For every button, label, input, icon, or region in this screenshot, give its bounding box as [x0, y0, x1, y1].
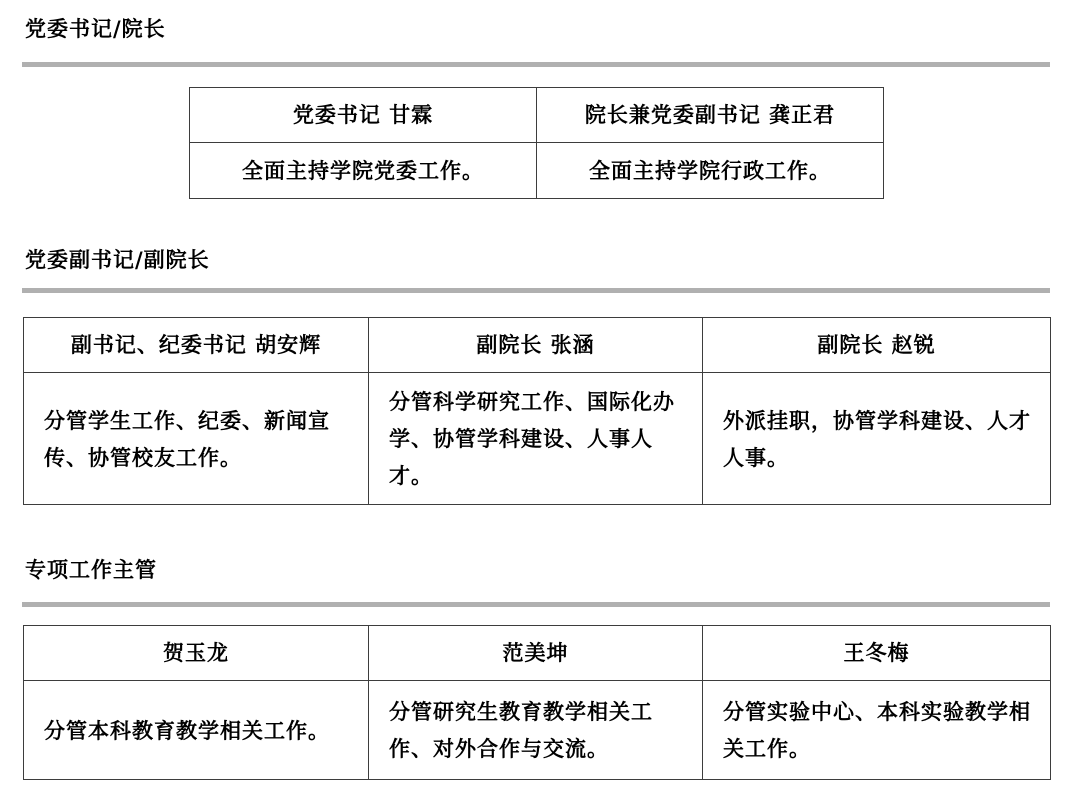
table-header-row: 副书记、纪委书记 胡安辉 副院长 张涵 副院长 赵锐	[24, 318, 1051, 373]
duty-cell: 全面主持学院党委工作。	[190, 143, 537, 199]
duty-cell: 全面主持学院行政工作。	[537, 143, 884, 199]
duty-cell: 分管学生工作、纪委、新闻宣传、协管校友工作。	[24, 373, 369, 505]
section-heading-secretary-dean: 党委书记/院长	[25, 13, 166, 43]
table-header-row: 贺玉龙 范美坤 王冬梅	[24, 626, 1051, 681]
document-page: 党委书记/院长 党委书记 甘霖 院长兼党委副书记 龚正君 全面主持学院党委工作。…	[0, 0, 1077, 803]
table-header-row: 党委书记 甘霖 院长兼党委副书记 龚正君	[190, 88, 884, 143]
section-heading-special-supervisors: 专项工作主管	[25, 554, 157, 584]
deputy-table: 副书记、纪委书记 胡安辉 副院长 张涵 副院长 赵锐 分管学生工作、纪委、新闻宣…	[23, 317, 1051, 505]
role-name-cell: 王冬梅	[703, 626, 1051, 681]
section-divider	[22, 288, 1050, 293]
duty-cell: 分管实验中心、本科实验教学相关工作。	[703, 681, 1051, 780]
duty-cell: 分管本科教育教学相关工作。	[24, 681, 369, 780]
role-name-cell: 副书记、纪委书记 胡安辉	[24, 318, 369, 373]
special-supervisors-table: 贺玉龙 范美坤 王冬梅 分管本科教育教学相关工作。 分管研究生教育教学相关工作、…	[23, 625, 1051, 780]
table-body-row: 全面主持学院党委工作。 全面主持学院行政工作。	[190, 143, 884, 199]
role-name-cell: 贺玉龙	[24, 626, 369, 681]
role-name-cell: 范美坤	[369, 626, 703, 681]
secretary-dean-table: 党委书记 甘霖 院长兼党委副书记 龚正君 全面主持学院党委工作。 全面主持学院行…	[189, 87, 884, 199]
section-divider	[22, 62, 1050, 67]
duty-cell: 分管科学研究工作、国际化办学、协管学科建设、人事人才。	[369, 373, 703, 505]
duty-cell: 外派挂职，协管学科建设、人才人事。	[703, 373, 1051, 505]
role-name-cell: 副院长 赵锐	[703, 318, 1051, 373]
duty-cell: 分管研究生教育教学相关工作、对外合作与交流。	[369, 681, 703, 780]
role-name-cell: 副院长 张涵	[369, 318, 703, 373]
role-name-cell: 党委书记 甘霖	[190, 88, 537, 143]
table-body-row: 分管学生工作、纪委、新闻宣传、协管校友工作。 分管科学研究工作、国际化办学、协管…	[24, 373, 1051, 505]
role-name-cell: 院长兼党委副书记 龚正君	[537, 88, 884, 143]
table-body-row: 分管本科教育教学相关工作。 分管研究生教育教学相关工作、对外合作与交流。 分管实…	[24, 681, 1051, 780]
section-divider	[22, 602, 1050, 607]
section-heading-deputy: 党委副书记/副院长	[25, 244, 210, 274]
